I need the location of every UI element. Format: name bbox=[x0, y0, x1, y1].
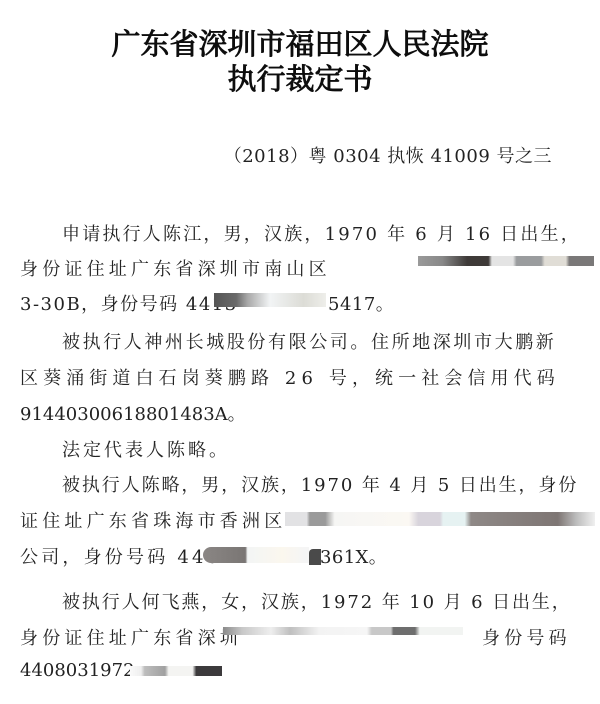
company-line-1: 被执行人神州长城股份有限公司。住所地深圳市大鹏新 bbox=[62, 328, 556, 354]
respondent-chenlue-line-2: 证住址广东省珠海市香洲区 bbox=[20, 507, 286, 533]
redacted-address-block bbox=[418, 256, 594, 266]
respondent-hefeiyan-line-3: 4408031972 bbox=[20, 660, 135, 681]
respondent-chenlue-line-4: 361X。 bbox=[320, 543, 387, 569]
legal-representative-line: 法定代表人陈略。 bbox=[62, 436, 230, 462]
redacted-id-block bbox=[214, 293, 326, 307]
respondent-hefeiyan-line-2b: 身份号码 bbox=[482, 624, 571, 650]
respondent-chenlue-line-1: 被执行人陈略，男，汉族，1970 年 4 月 5 日出生，身份 bbox=[62, 471, 578, 497]
respondent-hefeiyan-line-2a: 身份证住址广东省深圳 bbox=[20, 624, 242, 650]
respondent-hefeiyan-line-1: 被执行人何飞燕，女，汉族，1972 年 10 月 6 日出生， bbox=[62, 588, 572, 614]
applicant-line-3: 3-30B，身份号码 4413 bbox=[20, 290, 238, 316]
company-line-3: 91440300618801483A。 bbox=[20, 400, 246, 426]
applicant-line-2: 身份证住址广东省深圳市南山区 bbox=[20, 255, 331, 281]
redacted-address-block bbox=[223, 627, 463, 635]
applicant-line-4: 5417。 bbox=[328, 290, 394, 316]
redacted-address-block bbox=[285, 512, 595, 526]
document-type-title: 执行裁定书 bbox=[0, 57, 600, 98]
case-number: （2018）粤 0304 执恢 41009 号之三 bbox=[224, 142, 552, 168]
respondent-chenlue-line-3: 公司，身份号码 440 bbox=[20, 543, 221, 569]
company-line-2: 区葵涌街道白石岗葵鹏路 26 号，统一社会信用代码 bbox=[20, 364, 560, 390]
applicant-line-1: 申请执行人陈江，男，汉族，1970 年 6 月 16 日出生， bbox=[62, 220, 581, 246]
redacted-id-block bbox=[130, 666, 222, 676]
redacted-id-block bbox=[203, 547, 309, 563]
